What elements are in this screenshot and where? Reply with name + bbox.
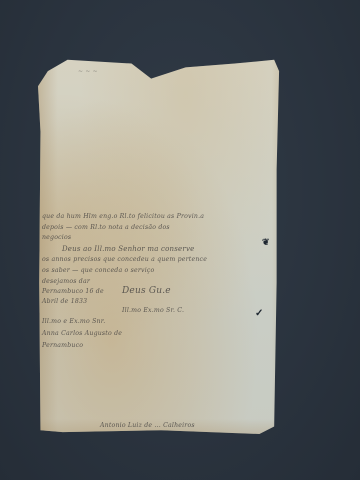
body-line-4: Deus ao Ill.mo Senhor ma conserve	[62, 245, 194, 253]
body-line-1: que da hum Hlm eng.o Rl.to felicitou as …	[42, 213, 204, 220]
margin-mark-icon: ❦	[262, 238, 270, 248]
closing-sub: Ill.mo Ex.mo Sr. C.	[122, 307, 184, 314]
addressee-line-1: Ill.mo e Ex.mo Snr.	[42, 318, 105, 325]
manuscript-page: ~ ~ ~ que da hum Hlm eng.o Rl.to felicit…	[38, 56, 284, 434]
addressee-line-2: Anna Carlos Augusto de	[42, 330, 122, 337]
body-line-3: negocios	[42, 234, 71, 241]
closing: Deus Gu.e	[122, 286, 171, 296]
top-corner-note: ~ ~ ~	[78, 68, 98, 75]
date-line: Abril de 1833	[42, 298, 87, 305]
place-line: Pernambuco 16 de	[42, 288, 104, 295]
body-line-7: desejamos dar	[42, 278, 90, 285]
signature: Antonio Luiz de ... Calheiros	[100, 422, 195, 429]
addressee-line-3: Pernambuco	[42, 342, 83, 349]
body-line-5: os annos precisos que concedeu a quem pe…	[42, 256, 207, 263]
body-line-2: depois — com Rl.to nota a decisão dos	[42, 224, 170, 231]
body-line-6: os saber — que conceda o serviço	[42, 267, 154, 274]
check-mark-icon: ✓	[255, 308, 263, 319]
